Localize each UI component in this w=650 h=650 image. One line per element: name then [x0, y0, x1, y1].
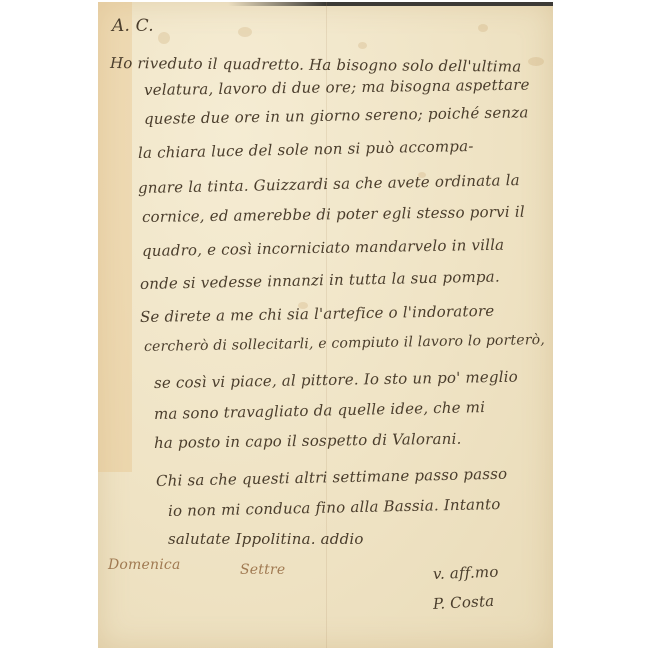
page-top-edge: [228, 2, 553, 6]
letter-line-2: velatura, lavoro di due ore; ma bisogna …: [144, 76, 530, 99]
signature: P. Costa: [433, 592, 495, 613]
letter-line-15: io non mi conduca fino alla Bassia. Inta…: [168, 495, 501, 520]
foxing-spot: [238, 27, 252, 37]
annotation-settre: Settre: [240, 562, 285, 578]
letter-line-14: Chi sa che questi altri settimane passo …: [156, 465, 508, 490]
letter-line-12: ma sono travagliato da quelle idee, che …: [154, 398, 485, 423]
closing-line-1: v. aff.mo: [433, 563, 499, 583]
letter-line-13: ha posto in capo il sospetto di Valorani…: [154, 430, 462, 452]
letter-line-8: onde si vedesse innanzi in tutta la sua …: [140, 267, 500, 293]
foxing-spot: [478, 24, 488, 32]
letter-line-1: Ho riveduto il quadretto. Ha bisogno sol…: [110, 54, 522, 76]
letter-line-4: la chiara luce del sole non si può accom…: [138, 137, 474, 162]
letter-line-11: se così vi piace, al pittore. Io sto un …: [154, 368, 518, 392]
letter-line-5: gnare la tinta. Guizzardi sa che avete o…: [138, 171, 520, 197]
letter-page: A. C. Ho riveduto il quadretto. Ha bisog…: [98, 2, 553, 648]
letter-line-3: queste due ore in un giorno sereno; poic…: [144, 103, 529, 128]
foxing-spot: [158, 32, 170, 44]
foxing-spot: [528, 57, 544, 66]
paper-fold-line: [326, 2, 327, 648]
letter-line-16: salutate Ippolitina. addio: [168, 530, 364, 548]
letter-line-10: cercherò di sollecitarli, e compiuto il …: [144, 332, 545, 355]
letter-line-9: Se direte a me chi sia l'artefice o l'in…: [140, 302, 495, 326]
annotation-domenica: Domenica: [108, 557, 181, 573]
letter-line-6: cornice, ed amerebbe di poter egli stess…: [142, 203, 525, 226]
paper-stain-strip: [98, 2, 132, 472]
letter-line-7: quadro, e così incorniciato mandarvelo i…: [142, 236, 505, 260]
salutation: A. C.: [112, 16, 154, 36]
foxing-spot: [358, 42, 367, 49]
